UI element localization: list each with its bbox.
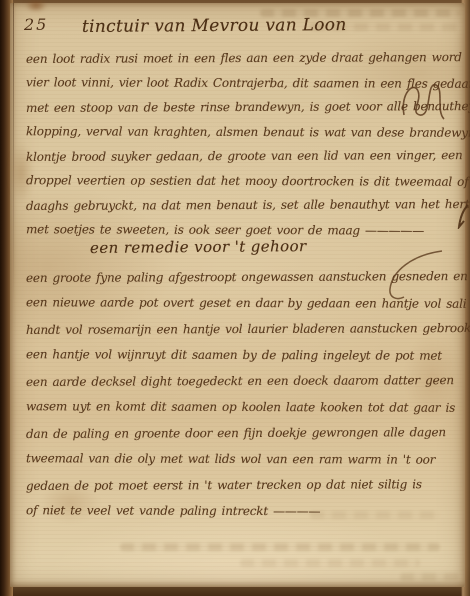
recipe-text-tincture: een loot radix rusi moet in een fles aan… — [26, 46, 470, 242]
recipe-title-tincture: tinctuir van Mevrou van Loon — [82, 15, 347, 37]
manuscript-line: klontje brood suyker gedaan, de groote v… — [26, 143, 470, 169]
manuscript-line: klopping, verval van kraghten, alsmen be… — [26, 119, 470, 145]
manuscript-line: droppel veertien op sestien dat het mooy… — [26, 168, 470, 194]
bleedthrough-text — [120, 543, 440, 551]
manuscript-line: tweemaal van die oly met wat lids wol va… — [26, 445, 470, 473]
manuscript-line: gedaen de pot moet eerst in 't water tre… — [26, 471, 470, 499]
manuscript-line: een loot radix rusi moet in een fles aan… — [26, 45, 470, 71]
recipe-title-hearing-remedy: een remedie voor 't gehoor — [90, 237, 307, 257]
manuscript-line: een hantje vol wijnruyt dit saamen by de… — [26, 341, 470, 369]
manuscript-line: daaghs gebruyckt, na dat men benaut is, … — [26, 192, 470, 218]
bleedthrough-text — [240, 559, 420, 567]
manuscript-book-photo: 25 tinctuir van Mevrou van Loon een loot… — [0, 0, 470, 596]
manuscript-page: 25 tinctuir van Mevrou van Loon een loot… — [10, 3, 465, 587]
manuscript-line: vier loot vinni, vier loot Radix Contraj… — [26, 70, 470, 96]
manuscript-line: dan de paling en groente door een fijn d… — [26, 419, 470, 447]
manuscript-line: met een stoop van de beste rinse brandew… — [26, 94, 470, 120]
ink-stain — [25, 0, 47, 12]
bleedthrough-text — [400, 573, 460, 581]
manuscript-line: een groote fyne paling afgestroopt ongew… — [26, 263, 470, 291]
manuscript-line: of niet te veel vet vande paling intreck… — [26, 497, 470, 525]
manuscript-line: wasem uyt en komt dit saamen op koolen l… — [26, 393, 470, 421]
page-number: 25 — [24, 15, 48, 34]
page-edge-line — [13, 3, 14, 303]
manuscript-line: handt vol rosemarijn een hantje vol laur… — [26, 315, 470, 343]
manuscript-line: een nieuwe aarde pot overt geset en daar… — [26, 289, 470, 317]
recipe-text-hearing-remedy: een groote fyne paling afgestroopt ongew… — [26, 264, 470, 524]
manuscript-line: een aarde decksel dight toegedeckt en ee… — [26, 367, 470, 395]
